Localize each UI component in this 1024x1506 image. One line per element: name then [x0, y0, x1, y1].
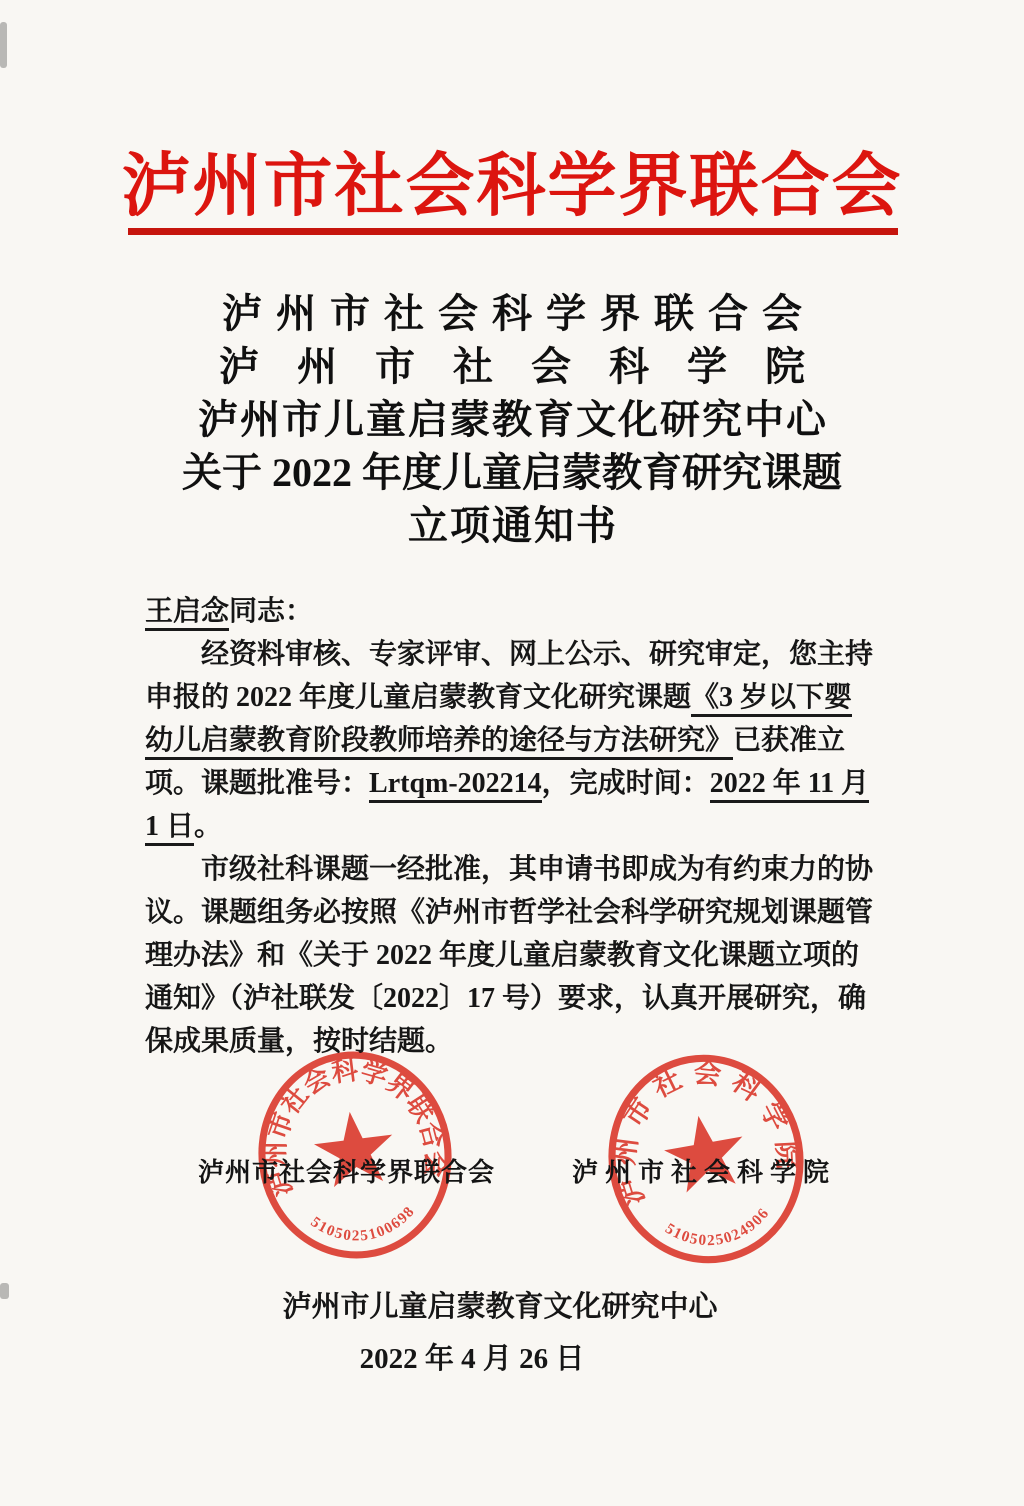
date-line: 2022 年 4 月 26 日 [0, 1336, 984, 1377]
body-line: 项。课题批准号：Lrtqm-202214，完成时间：2022 年 11 月 [145, 762, 885, 805]
body-text-segment: 。 [194, 811, 222, 842]
body-text: 王启念同志：经资料审核、专家评审、网上公示、研究审定，您主持申报的 2022 年… [145, 590, 885, 1063]
title-line-org2: 泸州市社会科学院 [0, 340, 1024, 393]
underlined-text: 王启念 [145, 596, 229, 631]
title-line-subject: 关于 2022 年度儿童启蒙教育研究课题 [0, 446, 1024, 499]
underlined-text: 幼儿启蒙教育阶段教师培养的途径与方法研究》 [145, 725, 733, 760]
body-line: 经资料审核、专家评审、网上公示、研究审定，您主持 [145, 633, 885, 676]
body-line: 议。课题组务必按照《泸州市哲学社会科学研究规划课题管 [145, 891, 885, 934]
body-line: 申报的 2022 年度儿童启蒙教育文化研究课题《3 岁以下婴 [145, 676, 885, 719]
seal-number: 5105025024906 [660, 1202, 777, 1257]
body-text-segment: 议。课题组务必按照《泸州市哲学社会科学研究规划课题管 [145, 897, 873, 928]
body-line: 1 日。 [145, 805, 885, 848]
body-text-segment: 项。课题批准号： [145, 768, 369, 799]
body-line: 理办法》和《关于 2022 年度儿童启蒙教育文化课题立项的 [145, 934, 885, 977]
title-line-doctype: 立项通知书 [0, 499, 1024, 552]
masthead-rule [128, 228, 898, 235]
body-line: 幼儿启蒙教育阶段教师培养的途径与方法研究》已获准立 [145, 719, 885, 762]
document-page: 泸州市社会科学界联合会 泸州市社会科学界联合会 泸州市社会科学院 泸州市儿童启蒙… [0, 0, 1024, 1506]
body-text-segment: 通知》（泸社联发〔2022〕17 号）要求，认真开展研究，确 [145, 983, 866, 1014]
body-line: 通知》（泸社联发〔2022〕17 号）要求，认真开展研究，确 [145, 977, 885, 1020]
body-text-segment: 同志： [229, 596, 313, 627]
underlined-text: Lrtqm-202214 [369, 768, 542, 803]
document-title-block: 泸州市社会科学界联合会 泸州市社会科学院 泸州市儿童启蒙教育文化研究中心 关于 … [0, 287, 1024, 552]
underlined-text: 2022 年 11 月 [710, 768, 869, 803]
issuer-line: 泸州市儿童启蒙教育文化研究中心 [0, 1284, 1012, 1325]
body-line: 市级社科课题一经批准，其申请书即成为有约束力的协 [145, 848, 885, 891]
body-text-segment: 申报的 2022 年度儿童启蒙教育文化研究课题 [145, 682, 691, 713]
signature-federation: 泸州市社会科学界联合会 [198, 1152, 495, 1189]
body-line: 王启念同志： [145, 590, 885, 633]
body-text-segment: 经资料审核、专家评审、网上公示、研究审定，您主持 [201, 639, 873, 670]
body-text-segment: ，完成时间： [542, 768, 710, 799]
underlined-text: 1 日 [145, 811, 194, 846]
underlined-text: 《3 岁以下婴 [691, 682, 852, 717]
body-text-segment: 已获准立 [733, 725, 845, 756]
svg-text:5105025024906: 5105025024906 [660, 1202, 777, 1257]
masthead-org-title: 泸州市社会科学界联合会 [0, 130, 1024, 229]
signature-academy: 泸州市社会科学院 [572, 1152, 836, 1189]
body-text-segment: 理办法》和《关于 2022 年度儿童启蒙教育文化课题立项的 [145, 940, 859, 971]
scan-smudge [0, 22, 7, 68]
body-text-segment: 市级社科课题一经批准，其申请书即成为有约束力的协 [201, 854, 873, 885]
title-line-org3: 泸州市儿童启蒙教育文化研究中心 [0, 393, 1024, 446]
title-line-org1: 泸州市社会科学界联合会 [0, 287, 1024, 340]
